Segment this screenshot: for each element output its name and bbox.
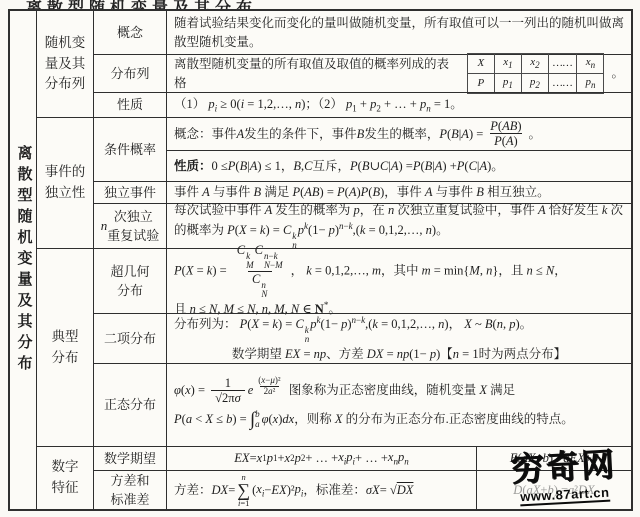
mini-cell: P — [467, 74, 494, 94]
expectation-formula: EX = x1p1 + x2p2 + … + xipi + … + xnpn — [167, 447, 476, 470]
conditional-properties-formula: 性质：0 ≤ P(B | A) ≤ 1，B,C 互斥， P(B∪C | A) =… — [167, 151, 631, 181]
cell-n-repeated-trials: 每次试验中事件 A 发生的概率为 p，在 n 次独立重复试验中，事件 A 恰好发… — [167, 204, 631, 248]
cell-normal-distribution: φ(x) = 1√2πσe(x−μ)²2a² 图象称为正态密度曲线，随机变量 X… — [167, 364, 631, 446]
group-label-typical-distributions: 典型分布 — [37, 249, 94, 446]
cell-distribution-list: 离散型随机变量的所有取值及取值的概率列成的表格 X x1 x2 …… xn — [167, 55, 631, 92]
normal-formula-line1: φ(x) = 1√2πσe(x−μ)²2a² 图象称为正态密度曲线，随机变量 X… — [174, 376, 624, 406]
table-body: 随机变量及其分布列 概念 随着试验结果变化而变化的量叫做随机变量，所有取值可以一… — [37, 11, 631, 509]
cropped-title-sliver: 离散型随机变量及其分布 — [0, 0, 640, 9]
sub-label-distribution-list: 分布列 — [94, 55, 167, 92]
sub-label-independent-events: 独立事件 — [94, 182, 167, 203]
mini-table-row-p: P p1 p2 …… pn — [467, 74, 604, 94]
variance-formula: 方差： DX = n∑i=1(xi − EX)²pi，标准差： σX = √DX — [167, 471, 476, 509]
table-row-hypergeometric: 超几何分布 P(X = k) = CkMCn−kN−MCnN， k = 0,1,… — [94, 249, 631, 313]
sub-label-variance: 方差和标准差 — [94, 471, 167, 509]
table-row-n-repeated-trials: n 次独立重复试验 每次试验中事件 A 发生的概率为 p，在 n 次独立重复试验… — [94, 203, 631, 248]
table-row-variance: 方差和标准差 方差： DX = n∑i=1(xi − EX)²pi，标准差： σ… — [94, 470, 631, 509]
group-numeric-characteristics: 数字特征 数学期望 EX = x1p1 + x2p2 + … + xipi + … — [37, 446, 631, 509]
vertical-row-title: 离散型随机变量及其分布 — [10, 11, 37, 509]
sub-label-properties: 性质 — [94, 93, 167, 117]
sub-label-hypergeometric: 超几何分布 — [94, 249, 167, 313]
sub-label-conditional-probability: 条件概率 — [94, 118, 167, 181]
variance-linear-formula: D(aX + b) = a²DX — [476, 471, 631, 509]
cell-binomial: 分布列为： P(X = k) = Cknpk(1− p)n−k,(k = 0,1… — [167, 314, 631, 363]
group-typical-distributions: 典型分布 超几何分布 P(X = k) = CkMCn−kN−MCnN， k =… — [37, 248, 631, 446]
sub-label-n-repeated-trials: n 次独立重复试验 — [94, 204, 167, 248]
binomial-formula-line2: 数学期望 EX = np、方差 DX = np(1− p)【n = 1时为两点分… — [174, 345, 624, 364]
mini-cell: x1 — [494, 54, 521, 74]
table-row-conditional-probability: 条件概率 概念：事件 A 发生的条件下，事件 B 发生的概率， P(B | A)… — [94, 118, 631, 181]
mini-distribution-table: X x1 x2 …… xn P p1 p2 — [467, 53, 605, 93]
table-row-independent-events: 独立事件 事件 A 与事件 B 满足 P(AB) = P(A)P(B)，事件 A… — [94, 181, 631, 203]
sub-label-expectation: 数学期望 — [94, 447, 167, 470]
cell-expectation: EX = x1p1 + x2p2 + … + xipi + … + xnpn E… — [167, 447, 631, 470]
normal-formula-line2: P(a < X ≤ b) = ∫baφ(x)dx，则称 X 的分布为正态分布.正… — [174, 406, 624, 435]
cell-hypergeometric: P(X = k) = CkMCn−kN−MCnN， k = 0,1,2,…, m… — [167, 249, 631, 313]
cell-concept: 随着试验结果变化而变化的量叫做随机变量，所有取值可以一一列出的随机叫做离散型随机… — [167, 11, 631, 54]
cell-variance: 方差： DX = n∑i=1(xi − EX)²pi，标准差： σX = √DX… — [167, 471, 631, 509]
table-row-properties: 性质 （1） pi ≥ 0(i = 1,2,…, n)；（2） p1 + p2 … — [94, 92, 631, 117]
distribution-list-period: 。 — [611, 64, 624, 83]
group-label-random-variable: 随机变量及其分布列 — [37, 11, 94, 117]
summary-table: 离散型随机变量及其分布 随机变量及其分布列 概念 随着试验结果变化而变化的量叫做… — [8, 9, 633, 511]
conditional-concept-formula: 概念：事件 A 发生的条件下，事件 B 发生的概率， P(B | A) = P(… — [167, 118, 631, 151]
mini-cell: x2 — [521, 54, 548, 74]
sub-label-binomial: 二项分布 — [94, 314, 167, 363]
concept-text: 随着试验结果变化而变化的量叫做随机变量，所有取值可以一一列出的随机叫做离散型随机… — [174, 14, 624, 52]
cell-properties: （1） pi ≥ 0(i = 1,2,…, n)；（2） p1 + p2 + …… — [167, 93, 631, 117]
sub-label-normal-distribution: 正态分布 — [94, 364, 167, 446]
mini-cell: xn — [577, 54, 604, 74]
distribution-list-text: 离散型随机变量的所有取值及取值的概率列成的表格 — [174, 55, 460, 93]
cell-independent-events: 事件 A 与事件 B 满足 P(AB) = P(A)P(B)，事件 A 与事件 … — [167, 182, 631, 203]
group-event-independence: 事件的独立性 条件概率 概念：事件 A 发生的条件下，事件 B 发生的概率， P… — [37, 117, 631, 248]
mini-table-row-x: X x1 x2 …… xn — [467, 54, 604, 74]
mini-cell: …… — [548, 54, 577, 74]
sub-label-concept: 概念 — [94, 11, 167, 54]
group-random-variable-distribution: 随机变量及其分布列 概念 随着试验结果变化而变化的量叫做随机变量，所有取值可以一… — [37, 11, 631, 117]
group-label-numeric-characteristics: 数字特征 — [37, 447, 94, 509]
table-row-expectation: 数学期望 EX = x1p1 + x2p2 + … + xipi + … + x… — [94, 447, 631, 470]
group-label-independence: 事件的独立性 — [37, 118, 94, 248]
expectation-linear-formula: E(aX + b) = aEX + b — [476, 447, 631, 470]
binomial-formula-line1: 分布列为： P(X = k) = Cknpk(1− p)n−k,(k = 0,1… — [174, 314, 624, 345]
table-row-concept: 概念 随着试验结果变化而变化的量叫做随机变量，所有取值可以一一列出的随机叫做离散… — [94, 11, 631, 54]
mini-cell: p2 — [521, 74, 548, 94]
mini-cell: X — [467, 54, 494, 74]
table-row-distribution-list: 分布列 离散型随机变量的所有取值及取值的概率列成的表格 X x1 x2 …… x… — [94, 54, 631, 92]
mini-cell: …… — [548, 74, 577, 94]
hypergeometric-formula-line1: P(X = k) = CkMCn−kN−MCnN， k = 0,1,2,…, m… — [174, 243, 624, 300]
table-row-normal-distribution: 正态分布 φ(x) = 1√2πσe(x−μ)²2a² 图象称为正态密度曲线，随… — [94, 363, 631, 446]
independent-events-formula: 事件 A 与事件 B 满足 P(AB) = P(A)P(B)，事件 A 与事件 … — [174, 183, 624, 202]
properties-formula: （1） pi ≥ 0(i = 1,2,…, n)；（2） p1 + p2 + …… — [174, 95, 624, 116]
scanned-document-page: 离散型随机变量及其分布 离散型随机变量及其分布 随机变量及其分布列 概念 随着试… — [0, 0, 640, 517]
cropped-title-text: 离散型随机变量及其分布 — [26, 0, 257, 9]
mini-cell: pn — [577, 74, 604, 94]
mini-cell: p1 — [494, 74, 521, 94]
cell-conditional-probability: 概念：事件 A 发生的条件下，事件 B 发生的概率， P(B | A) = P(… — [167, 118, 631, 181]
table-row-binomial: 二项分布 分布列为： P(X = k) = Cknpk(1− p)n−k,(k … — [94, 313, 631, 363]
